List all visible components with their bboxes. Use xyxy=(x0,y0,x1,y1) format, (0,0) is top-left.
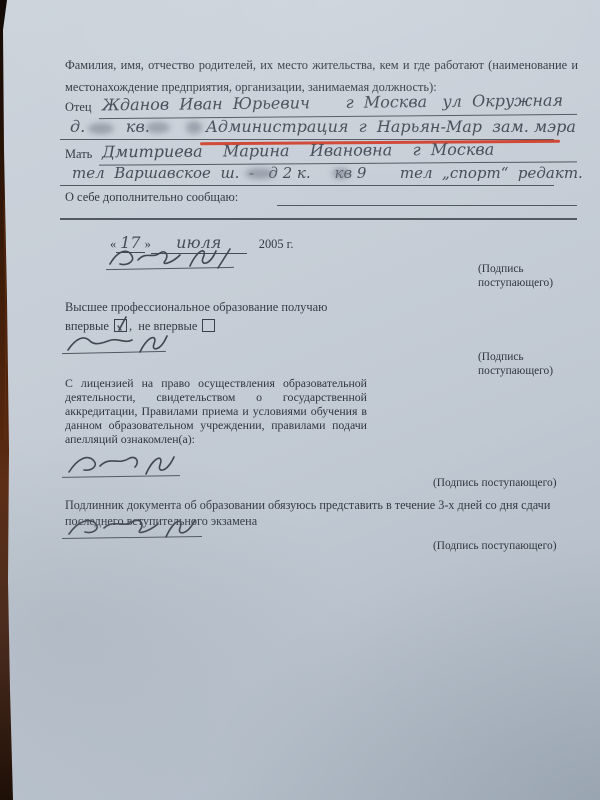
license-paragraph: С лицензией на право осуществления образ… xyxy=(65,376,367,446)
signature-caption-line1: (Подпись xyxy=(478,263,568,277)
first-time-label: впервые xyxy=(65,319,109,333)
ruled-line xyxy=(60,218,577,220)
education-title: Высшее профессиональное образование полу… xyxy=(65,298,327,316)
signature-caption: (Подпись поступающего) xyxy=(433,477,557,491)
not-first-time-checkbox xyxy=(202,319,215,332)
mother-entry-line1: Дмитриева Марина Ивановна г Москва xyxy=(102,140,494,162)
father-label: Отец xyxy=(65,96,92,118)
signature-caption: (Подпись поступающего) xyxy=(478,263,568,290)
signature-caption: (Подпись поступающего) xyxy=(478,351,568,378)
father-entry-line1: Жданов Иван Юрьевич г Москва ул Окружная xyxy=(102,91,563,115)
signature-caption-line1: (Подпись xyxy=(478,351,568,365)
not-first-time-label: не впервые xyxy=(138,319,197,333)
redaction-smudge xyxy=(332,168,350,179)
about-label: О себе дополнительно сообщаю: xyxy=(65,186,238,208)
table-edge xyxy=(0,0,22,800)
date-year: 2005 г. xyxy=(259,237,294,251)
signature-caption-line2: поступающего) xyxy=(478,277,568,291)
redaction-smudge xyxy=(146,122,170,133)
mother-label: Мать xyxy=(65,143,92,165)
ruled-line xyxy=(277,205,577,206)
signature-caption-line2: поступающего) xyxy=(478,365,568,379)
mother-entry-line2: тел Варшавское ш. - д 2 к. кв 9 тел „спо… xyxy=(72,164,583,182)
redaction-smudge xyxy=(245,168,275,179)
redaction-smudge xyxy=(186,121,202,134)
redaction-smudge xyxy=(88,123,114,134)
photographed-application-form: Фамилия, имя, отчество родителей, их мес… xyxy=(0,0,600,800)
signature-scribble xyxy=(66,452,186,478)
checkmark-icon xyxy=(116,315,130,333)
signature-caption: (Подпись поступающего) xyxy=(433,540,557,554)
first-time-checkbox xyxy=(114,319,127,332)
